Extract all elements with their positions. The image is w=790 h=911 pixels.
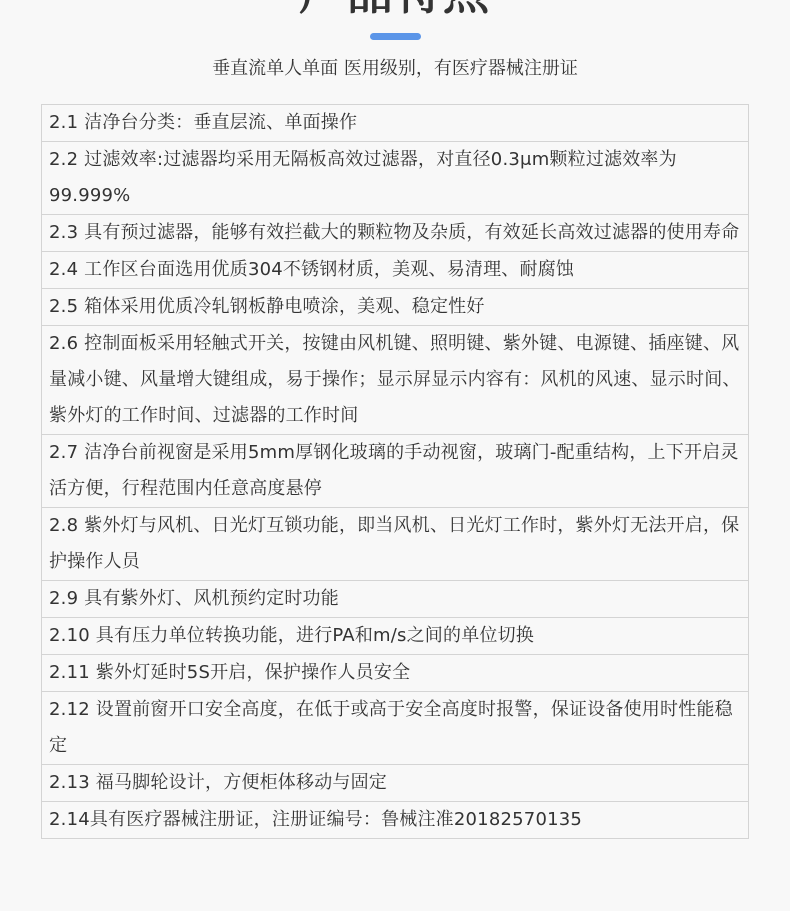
feature-cell: 2.1 洁净台分类：垂直层流、单面操作	[42, 105, 749, 142]
page-subtitle: 垂直流单人单面 医用级别，有医疗器械注册证	[0, 56, 790, 82]
feature-cell: 2.4 工作区台面选用优质304不锈钢材质，美观、易清理、耐腐蚀	[42, 252, 749, 289]
table-row: 2.13 福马脚轮设计，方便柜体移动与固定	[42, 765, 749, 802]
title-underline-accent	[370, 33, 421, 40]
table-row: 2.4 工作区台面选用优质304不锈钢材质，美观、易清理、耐腐蚀	[42, 252, 749, 289]
feature-cell: 2.13 福马脚轮设计，方便柜体移动与固定	[42, 765, 749, 802]
feature-table: 2.1 洁净台分类：垂直层流、单面操作 2.2 过滤效率:过滤器均采用无隔板高效…	[41, 104, 749, 839]
table-row: 2.1 洁净台分类：垂直层流、单面操作	[42, 105, 749, 142]
table-row: 2.12 设置前窗开口安全高度，在低于或高于安全高度时报警，保证设备使用时性能稳…	[42, 692, 749, 765]
table-row: 2.11 紫外灯延时5S开启，保护操作人员安全	[42, 655, 749, 692]
table-row: 2.2 过滤效率:过滤器均采用无隔板高效过滤器，对直径0.3μm颗粒过滤效率为9…	[42, 142, 749, 215]
feature-cell: 2.9 具有紫外灯、风机预约定时功能	[42, 581, 749, 618]
feature-cell: 2.14具有医疗器械注册证，注册证编号：鲁械注准20182570135	[42, 802, 749, 839]
table-row: 2.7 洁净台前视窗是采用5mm厚钢化玻璃的手动视窗，玻璃门-配重结构，上下开启…	[42, 435, 749, 508]
feature-cell: 2.10 具有压力单位转换功能，进行PA和m/s之间的单位切换	[42, 618, 749, 655]
feature-cell: 2.2 过滤效率:过滤器均采用无隔板高效过滤器，对直径0.3μm颗粒过滤效率为9…	[42, 142, 749, 215]
feature-cell: 2.5 箱体采用优质冷轧钢板静电喷涂，美观、稳定性好	[42, 289, 749, 326]
feature-cell: 2.11 紫外灯延时5S开启，保护操作人员安全	[42, 655, 749, 692]
feature-cell: 2.12 设置前窗开口安全高度，在低于或高于安全高度时报警，保证设备使用时性能稳…	[42, 692, 749, 765]
feature-cell: 2.3 具有预过滤器，能够有效拦截大的颗粒物及杂质，有效延长高效过滤器的使用寿命	[42, 215, 749, 252]
feature-cell: 2.7 洁净台前视窗是采用5mm厚钢化玻璃的手动视窗，玻璃门-配重结构，上下开启…	[42, 435, 749, 508]
table-row: 2.8 紫外灯与风机、日光灯互锁功能，即当风机、日光灯工作时，紫外灯无法开启，保…	[42, 508, 749, 581]
table-row: 2.5 箱体采用优质冷轧钢板静电喷涂，美观、稳定性好	[42, 289, 749, 326]
table-row: 2.9 具有紫外灯、风机预约定时功能	[42, 581, 749, 618]
page-title: 产品特点	[0, 0, 790, 18]
table-row: 2.6 控制面板采用轻触式开关，按键由风机键、照明键、紫外键、电源键、插座键、风…	[42, 326, 749, 435]
table-row: 2.3 具有预过滤器，能够有效拦截大的颗粒物及杂质，有效延长高效过滤器的使用寿命	[42, 215, 749, 252]
feature-cell: 2.6 控制面板采用轻触式开关，按键由风机键、照明键、紫外键、电源键、插座键、风…	[42, 326, 749, 435]
table-row: 2.10 具有压力单位转换功能，进行PA和m/s之间的单位切换	[42, 618, 749, 655]
table-row: 2.14具有医疗器械注册证，注册证编号：鲁械注准20182570135	[42, 802, 749, 839]
feature-cell: 2.8 紫外灯与风机、日光灯互锁功能，即当风机、日光灯工作时，紫外灯无法开启，保…	[42, 508, 749, 581]
